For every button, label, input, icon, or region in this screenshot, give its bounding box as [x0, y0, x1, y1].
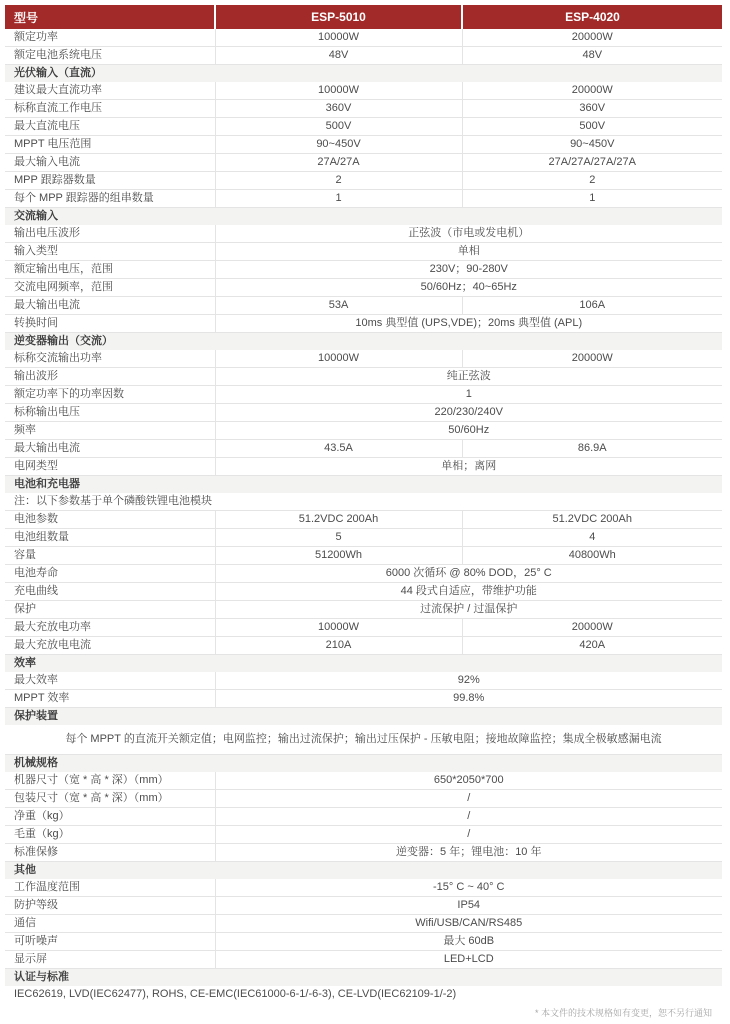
value-both-models: 230V；90-280V	[215, 261, 722, 279]
table-row: 充电曲线44 段式自适应，带维护功能	[5, 583, 722, 601]
table-row: 容量51200Wh40800Wh	[5, 547, 722, 565]
value-both-models: IP54	[215, 897, 722, 915]
section-label: 光伏输入（直流）	[5, 65, 722, 83]
value-both-models: 99.8%	[215, 690, 722, 708]
value-esp4020: 20000W	[462, 82, 722, 100]
section-row: 其他	[5, 862, 722, 880]
row-label: 容量	[5, 547, 215, 565]
section-row: 交流输入	[5, 208, 722, 226]
value-esp4020: 20000W	[462, 619, 722, 637]
table-row: 标称交流输出功率10000W20000W	[5, 350, 722, 368]
row-label: 转换时间	[5, 315, 215, 333]
row-label: 最大输出电流	[5, 440, 215, 458]
value-both-models: 10ms 典型值 (UPS,VDE)；20ms 典型值 (APL)	[215, 315, 722, 333]
row-label: 频率	[5, 422, 215, 440]
table-row: 输出波形纯正弦波	[5, 368, 722, 386]
row-label: MPP 跟踪器数量	[5, 172, 215, 190]
table-row: MPPT 电压范围90~450V90~450V	[5, 136, 722, 154]
row-label: 最大效率	[5, 672, 215, 690]
row-label: 最大充放电功率	[5, 619, 215, 637]
section-label: 效率	[5, 655, 722, 673]
note-row: 注：以下参数基于单个磷酸铁锂电池模块	[5, 493, 722, 511]
section-row: 逆变器输出（交流）	[5, 333, 722, 351]
table-row: 额定功率下的功率因数1	[5, 386, 722, 404]
table-row: MPP 跟踪器数量22	[5, 172, 722, 190]
value-esp4020: 360V	[462, 100, 722, 118]
row-label: 输入类型	[5, 243, 215, 261]
row-label: 电网类型	[5, 458, 215, 476]
value-both-models: 1	[215, 386, 722, 404]
section-label: 认证与标准	[5, 969, 722, 987]
row-label: 可听噪声	[5, 933, 215, 951]
value-esp5010: 210A	[215, 637, 462, 655]
protection-summary-text: 每个 MPPT 的直流开关额定值；电网监控；输出过流保护；输出过压保护 - 压敏…	[5, 725, 722, 755]
value-both-models: 44 段式自适应，带维护功能	[215, 583, 722, 601]
row-label: 标称交流输出功率	[5, 350, 215, 368]
value-esp4020: 4	[462, 529, 722, 547]
table-row: 最大输出电流53A106A	[5, 297, 722, 315]
table-row: 电池参数51.2VDC 200Ah51.2VDC 200Ah	[5, 511, 722, 529]
value-esp4020: 90~450V	[462, 136, 722, 154]
section-row: 机械规格	[5, 755, 722, 773]
spec-table-body: 额定功率10000W20000W额定电池系统电压48V48V光伏输入（直流）建议…	[5, 29, 722, 1003]
table-row: 输出电压波形正弦波（市电或发电机）	[5, 225, 722, 243]
value-both-models: -15° C ~ 40° C	[215, 879, 722, 897]
value-esp4020: 27A/27A/27A/27A	[462, 154, 722, 172]
value-both-models: 单相	[215, 243, 722, 261]
protection-summary-row: 每个 MPPT 的直流开关额定值；电网监控；输出过流保护；输出过压保护 - 压敏…	[5, 725, 722, 755]
row-label: 额定输出电压，范围	[5, 261, 215, 279]
value-both-models: 过流保护 / 过温保护	[215, 601, 722, 619]
table-row: 频率50/60Hz	[5, 422, 722, 440]
row-label: 额定功率	[5, 29, 215, 47]
value-both-models: /	[215, 826, 722, 844]
value-both-models: 50/60Hz；40~65Hz	[215, 279, 722, 297]
value-esp4020: 420A	[462, 637, 722, 655]
table-row: 电池组数量54	[5, 529, 722, 547]
row-label: 输出波形	[5, 368, 215, 386]
value-both-models: 50/60Hz	[215, 422, 722, 440]
row-label: 机器尺寸（宽 * 高 * 深）（mm）	[5, 772, 215, 790]
row-label: 额定功率下的功率因数	[5, 386, 215, 404]
spec-table: 型号 ESP-5010 ESP-4020 额定功率10000W20000W额定电…	[5, 5, 722, 1003]
table-row: 交流电网频率，范围50/60Hz；40~65Hz	[5, 279, 722, 297]
certification-text: IEC62619, LVD(IEC62477), ROHS, CE-EMC(IE…	[5, 986, 722, 1003]
row-label: MPPT 电压范围	[5, 136, 215, 154]
table-row: 最大输出电流43.5A86.9A	[5, 440, 722, 458]
table-row: 转换时间10ms 典型值 (UPS,VDE)；20ms 典型值 (APL)	[5, 315, 722, 333]
row-label: 输出电压波形	[5, 225, 215, 243]
value-esp5010: 1	[215, 190, 462, 208]
footnote-text: * 本文件的技术规格如有变更，恕不另行通知	[5, 1003, 722, 1019]
value-both-models: 单相；离网	[215, 458, 722, 476]
table-row: 额定输出电压，范围230V；90-280V	[5, 261, 722, 279]
value-esp5010: 10000W	[215, 619, 462, 637]
value-both-models: Wifi/USB/CAN/RS485	[215, 915, 722, 933]
value-esp4020: 40800Wh	[462, 547, 722, 565]
value-both-models: 6000 次循环 @ 80% DOD，25° C	[215, 565, 722, 583]
section-row: 电池和充电器	[5, 476, 722, 494]
table-row: 最大效率92%	[5, 672, 722, 690]
table-row: 标准保修逆变器：5 年；锂电池：10 年	[5, 844, 722, 862]
row-label: 充电曲线	[5, 583, 215, 601]
table-row: 最大直流电压500V500V	[5, 118, 722, 136]
value-both-models: 纯正弦波	[215, 368, 722, 386]
row-label: 额定电池系统电压	[5, 47, 215, 65]
section-label: 电池和充电器	[5, 476, 722, 494]
row-label: 净重（kg）	[5, 808, 215, 826]
table-row: 毛重（kg）/	[5, 826, 722, 844]
row-label: 防护等级	[5, 897, 215, 915]
row-label: 通信	[5, 915, 215, 933]
row-label: 毛重（kg）	[5, 826, 215, 844]
table-row: MPPT 效率99.8%	[5, 690, 722, 708]
value-esp5010: 2	[215, 172, 462, 190]
row-label: 标准保修	[5, 844, 215, 862]
section-label: 机械规格	[5, 755, 722, 773]
table-row: 防护等级IP54	[5, 897, 722, 915]
table-row: 最大输入电流27A/27A27A/27A/27A/27A	[5, 154, 722, 172]
table-row: 通信Wifi/USB/CAN/RS485	[5, 915, 722, 933]
table-row: 最大充放电电流210A420A	[5, 637, 722, 655]
col-header-esp5010: ESP-5010	[215, 5, 462, 29]
value-esp5010: 48V	[215, 47, 462, 65]
table-header-row: 型号 ESP-5010 ESP-4020	[5, 5, 722, 29]
value-esp4020: 86.9A	[462, 440, 722, 458]
value-esp4020: 51.2VDC 200Ah	[462, 511, 722, 529]
value-esp5010: 10000W	[215, 350, 462, 368]
table-row: 机器尺寸（宽 * 高 * 深）（mm）650*2050*700	[5, 772, 722, 790]
row-label: 保护	[5, 601, 215, 619]
note-text: 注：以下参数基于单个磷酸铁锂电池模块	[5, 493, 722, 511]
spec-sheet: 型号 ESP-5010 ESP-4020 额定功率10000W20000W额定电…	[0, 0, 730, 1019]
row-label: 标称直流工作电压	[5, 100, 215, 118]
section-label: 其他	[5, 862, 722, 880]
value-both-models: 最大 60dB	[215, 933, 722, 951]
table-row: 最大充放电功率10000W20000W	[5, 619, 722, 637]
col-header-esp4020: ESP-4020	[462, 5, 722, 29]
section-label: 逆变器输出（交流）	[5, 333, 722, 351]
section-label: 保护装置	[5, 708, 722, 726]
row-label: MPPT 效率	[5, 690, 215, 708]
section-row: 保护装置	[5, 708, 722, 726]
table-row: 建议最大直流功率10000W20000W	[5, 82, 722, 100]
value-esp5010: 53A	[215, 297, 462, 315]
value-esp5010: 90~450V	[215, 136, 462, 154]
value-esp4020: 2	[462, 172, 722, 190]
row-label: 电池组数量	[5, 529, 215, 547]
value-esp5010: 360V	[215, 100, 462, 118]
value-both-models: 逆变器：5 年；锂电池：10 年	[215, 844, 722, 862]
table-row: 显示屏LED+LCD	[5, 951, 722, 969]
row-label: 电池参数	[5, 511, 215, 529]
table-row: 输入类型单相	[5, 243, 722, 261]
value-esp5010: 10000W	[215, 82, 462, 100]
row-label: 交流电网频率，范围	[5, 279, 215, 297]
model-column-header: 型号	[5, 5, 215, 29]
value-both-models: 92%	[215, 672, 722, 690]
table-row: 包装尺寸（宽 * 高 * 深）（mm）/	[5, 790, 722, 808]
value-esp4020: 48V	[462, 47, 722, 65]
value-esp5010: 51200Wh	[215, 547, 462, 565]
row-label: 最大输入电流	[5, 154, 215, 172]
row-label: 最大充放电电流	[5, 637, 215, 655]
value-both-models: 220/230/240V	[215, 404, 722, 422]
section-row: 认证与标准	[5, 969, 722, 987]
value-esp5010: 5	[215, 529, 462, 547]
value-esp5010: 27A/27A	[215, 154, 462, 172]
row-label: 每个 MPP 跟踪器的组串数量	[5, 190, 215, 208]
table-row: 净重（kg）/	[5, 808, 722, 826]
table-row: 电池寿命6000 次循环 @ 80% DOD，25° C	[5, 565, 722, 583]
value-esp5010: 10000W	[215, 29, 462, 47]
row-label: 最大直流电压	[5, 118, 215, 136]
value-esp5010: 51.2VDC 200Ah	[215, 511, 462, 529]
section-row: 光伏输入（直流）	[5, 65, 722, 83]
value-esp5010: 43.5A	[215, 440, 462, 458]
value-esp4020: 1	[462, 190, 722, 208]
row-label: 包装尺寸（宽 * 高 * 深）（mm）	[5, 790, 215, 808]
value-esp4020: 500V	[462, 118, 722, 136]
row-label: 工作温度范围	[5, 879, 215, 897]
value-esp4020: 20000W	[462, 350, 722, 368]
table-row: 保护过流保护 / 过温保护	[5, 601, 722, 619]
section-label: 交流输入	[5, 208, 722, 226]
table-row: 额定功率10000W20000W	[5, 29, 722, 47]
value-esp4020: 106A	[462, 297, 722, 315]
table-row: 电网类型单相；离网	[5, 458, 722, 476]
row-label: 电池寿命	[5, 565, 215, 583]
row-label: 建议最大直流功率	[5, 82, 215, 100]
value-esp4020: 20000W	[462, 29, 722, 47]
certification-row: IEC62619, LVD(IEC62477), ROHS, CE-EMC(IE…	[5, 986, 722, 1003]
value-both-models: 650*2050*700	[215, 772, 722, 790]
table-row: 每个 MPP 跟踪器的组串数量11	[5, 190, 722, 208]
row-label: 最大输出电流	[5, 297, 215, 315]
table-row: 可听噪声最大 60dB	[5, 933, 722, 951]
value-both-models: LED+LCD	[215, 951, 722, 969]
table-row: 标称输出电压220/230/240V	[5, 404, 722, 422]
row-label: 显示屏	[5, 951, 215, 969]
table-row: 工作温度范围-15° C ~ 40° C	[5, 879, 722, 897]
row-label: 标称输出电压	[5, 404, 215, 422]
value-esp5010: 500V	[215, 118, 462, 136]
section-row: 效率	[5, 655, 722, 673]
table-row: 标称直流工作电压360V360V	[5, 100, 722, 118]
value-both-models: 正弦波（市电或发电机）	[215, 225, 722, 243]
table-row: 额定电池系统电压48V48V	[5, 47, 722, 65]
value-both-models: /	[215, 808, 722, 826]
value-both-models: /	[215, 790, 722, 808]
